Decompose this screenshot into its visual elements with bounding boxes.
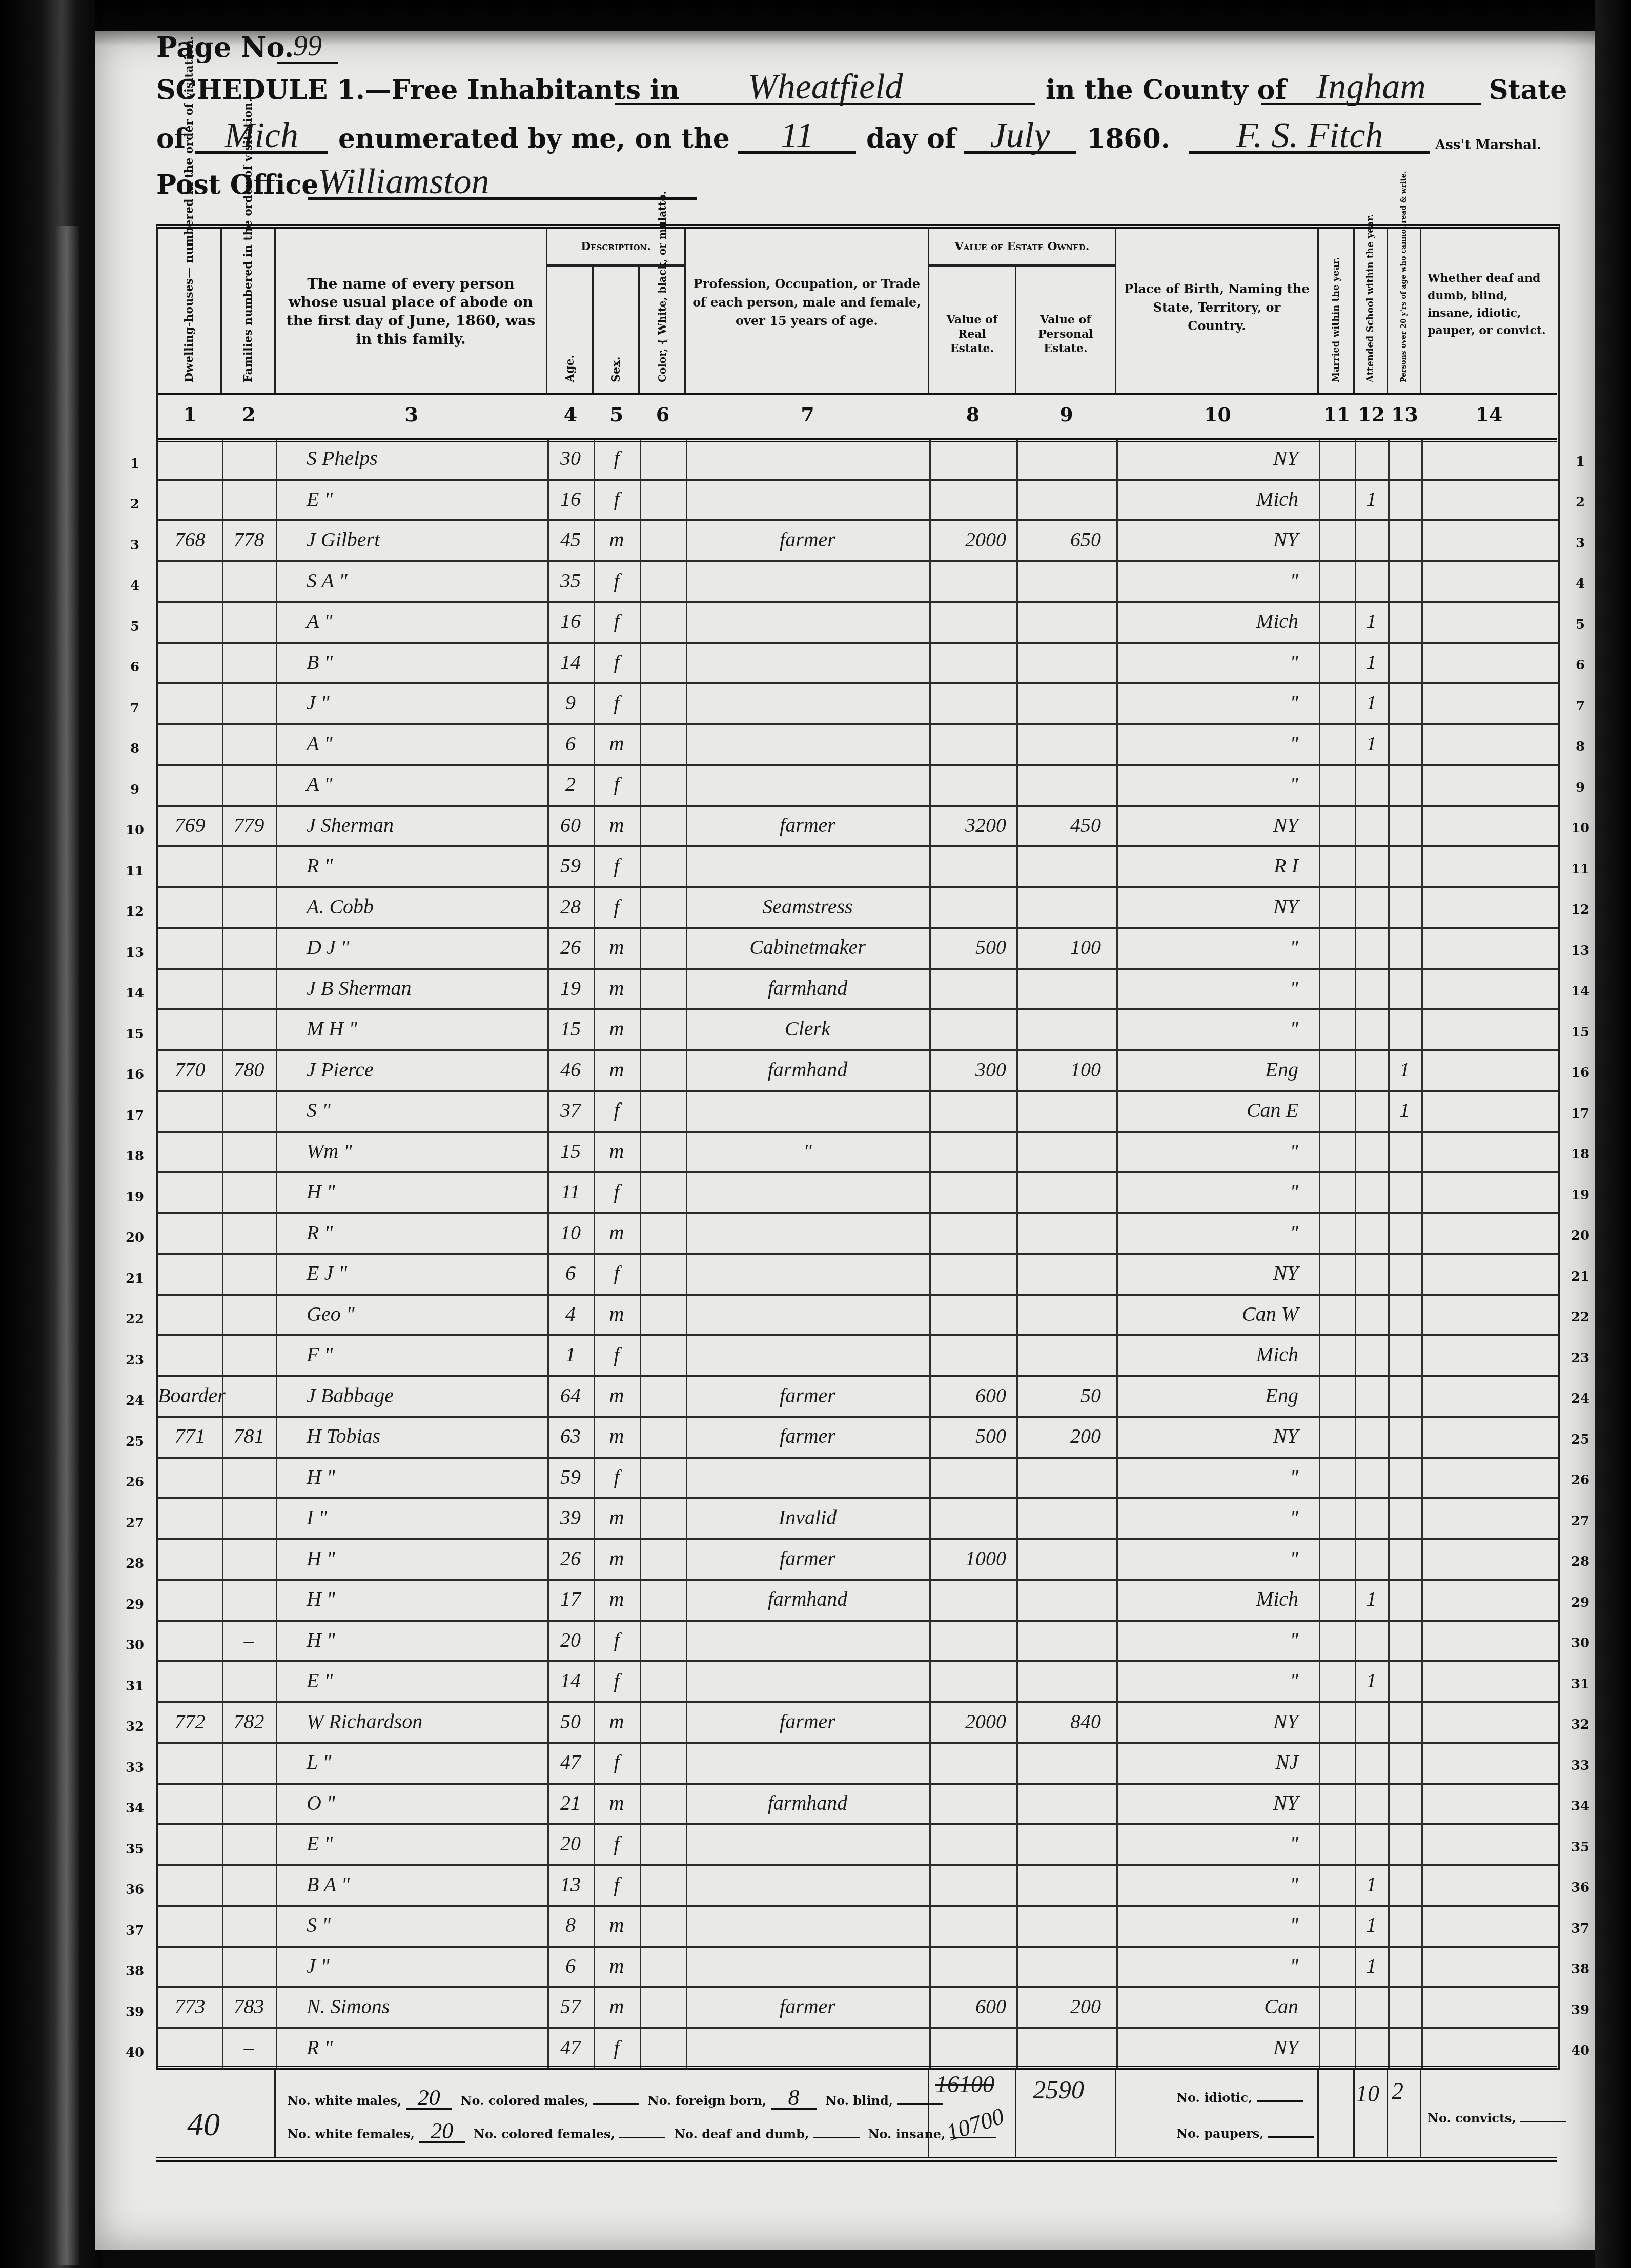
real-estate-value [929,481,1016,520]
family-number: – [222,1622,276,1661]
convicts-field: No. convicts, [1428,2111,1566,2126]
sex: m [594,1907,640,1946]
line-number-left: 4 [119,578,150,594]
col-header-name: The name of every person whose usual pla… [276,229,547,393]
occupation [686,481,929,520]
family-number [222,481,276,520]
cannot-read-write [1388,521,1421,560]
birthplace: Eng [1116,1051,1319,1090]
color [640,1785,686,1824]
personal-estate-value [1016,603,1116,642]
personal-estate-value [1016,1825,1116,1864]
disability [1421,847,1557,886]
col-num-10: 10 [1116,397,1319,433]
real-estate-value [929,847,1016,886]
attended-school [1355,929,1388,968]
color [640,766,686,805]
age: 47 [547,2029,594,2068]
color [640,440,686,479]
real-estate-value [929,1214,1016,1253]
illiterate-total: 2 [1392,2077,1403,2104]
sex: f [594,603,640,642]
page-label: Page No. [156,31,294,64]
disability [1421,1866,1557,1905]
personal-estate-value [1016,1092,1116,1131]
personal-estate-value [1016,481,1116,520]
real-estate-value [929,1785,1016,1824]
real-estate-value [929,888,1016,927]
attended-school: 1 [1355,644,1388,683]
real-estate-value [929,562,1016,601]
occupation [686,847,929,886]
age: 15 [547,1010,594,1049]
personal-estate-value [1016,644,1116,683]
township-field: Wheatfield [615,72,1035,105]
line-number-right: 2 [1565,495,1596,510]
dwelling-number [158,929,222,968]
line-number-right: 18 [1565,1147,1596,1162]
page-summary: 40 No. white males, 20 No. colored males… [156,2066,1557,2162]
age: 6 [547,1948,594,1987]
cannot-read-write [1388,1948,1421,1987]
cannot-read-write [1388,847,1421,886]
birthplace: " [1116,644,1319,683]
column-rule [1116,440,1118,2070]
family-number: 780 [222,1051,276,1090]
age: 19 [547,970,594,1009]
personal-estate-value [1016,847,1116,886]
line-number-right: 9 [1565,780,1596,795]
sex: m [594,807,640,846]
birthplace: " [1116,1948,1319,1987]
personal-estate-value: 840 [1016,1703,1116,1742]
dwelling-number [158,2029,222,2068]
table-row: 772782W Richardson50mfarmer2000840NY [158,1703,1558,1744]
age: 47 [547,1744,594,1783]
married-within-year [1319,1255,1355,1294]
line-number-right: 10 [1565,821,1596,836]
person-name: J Gilbert [276,521,547,560]
line-number-right: 25 [1565,1432,1596,1447]
personal-estate-value [1016,1296,1116,1335]
personal-estate-total: 2590 [1033,2075,1084,2104]
disability [1421,1948,1557,1987]
deaf-dumb-value [813,2137,860,2138]
line-number-right: 33 [1565,1758,1596,1773]
month-field: July [964,120,1076,154]
family-number [222,644,276,683]
dwelling-number [158,888,222,927]
real-estate-value [929,1499,1016,1538]
line-number-right: 17 [1565,1106,1596,1121]
column-rule [276,440,277,2070]
color [640,1092,686,1131]
colored-females-value [619,2137,665,2138]
color [640,603,686,642]
line-number-left: 26 [119,1475,150,1490]
disability [1421,970,1557,1009]
married-within-year [1319,1459,1355,1498]
line-number-left: 40 [119,2045,150,2060]
column-rule [594,440,595,2070]
married-within-year [1319,1336,1355,1375]
sex: m [594,1214,640,1253]
person-name: H Tobias [276,1418,547,1457]
occupation: farmer [686,521,929,560]
birthplace: Mich [1116,1581,1319,1620]
occupation: farmhand [686,1051,929,1090]
line-number-left: 11 [119,864,150,879]
color [640,1255,686,1294]
personal-estate-value [1016,766,1116,805]
dwelling-number [158,440,222,479]
birthplace: NY [1116,1255,1319,1294]
age: 15 [547,1133,594,1172]
cannot-read-write [1388,766,1421,805]
birthplace: " [1116,1622,1319,1661]
person-name: H " [276,1540,547,1579]
sex: f [594,1744,640,1783]
table-row: F "1fMich [158,1336,1558,1377]
line-number-left: 12 [119,904,150,920]
col-header-real-estate: Value of Real Estate. [929,267,1016,393]
total-persons: 40 [187,2106,220,2143]
disability [1421,929,1557,968]
col-num-2: 2 [222,397,276,433]
attended-school [1355,1255,1388,1294]
dwelling-number [158,1214,222,1253]
family-number [222,1499,276,1538]
birthplace: NJ [1116,1744,1319,1783]
birthplace: NY [1116,888,1319,927]
married-within-year [1319,847,1355,886]
age: 57 [547,1988,594,2027]
real-estate-value: 2000 [929,1703,1016,1742]
married-within-year [1319,1744,1355,1783]
sex: f [594,1336,640,1375]
age: 4 [547,1296,594,1335]
age: 30 [547,440,594,479]
cannot-read-write [1388,1255,1421,1294]
table-row: I "39mInvalid" [158,1499,1558,1540]
age: 35 [547,562,594,601]
person-name: E " [276,481,547,520]
age: 37 [547,1092,594,1131]
attended-school [1355,970,1388,1009]
real-estate-value: 600 [929,1377,1016,1416]
person-name: L " [276,1744,547,1783]
color [640,2029,686,2068]
dwelling-number [158,1499,222,1538]
personal-estate-value [1016,1866,1116,1905]
family-number: 783 [222,1988,276,2027]
disability [1421,1703,1557,1742]
age: 17 [547,1581,594,1620]
occupation [686,1092,929,1131]
family-number [222,1092,276,1131]
age: 21 [547,1785,594,1824]
occupation [686,562,929,601]
attended-school: 1 [1355,684,1388,723]
personal-estate-value: 50 [1016,1377,1116,1416]
sex: m [594,1010,640,1049]
dwelling-number [158,603,222,642]
real-estate-value [929,1459,1016,1498]
color [640,481,686,520]
personal-estate-value [1016,1459,1116,1498]
line-number-right: 19 [1565,1188,1596,1203]
cannot-read-write [1388,888,1421,927]
person-name: N. Simons [276,1988,547,2027]
family-number [222,1866,276,1905]
line-number-left: 2 [119,497,150,512]
married-within-year [1319,644,1355,683]
line-number-right: 13 [1565,943,1596,958]
line-number-right: 38 [1565,1961,1596,1977]
cannot-read-write [1388,970,1421,1009]
line-number-right: 30 [1565,1636,1596,1651]
summary-line-2: No. white females, 20 No. colored female… [287,2121,996,2143]
person-name: E " [276,1825,547,1864]
married-within-year [1319,1051,1355,1090]
sex: m [594,1133,640,1172]
personal-estate-value: 450 [1016,807,1116,846]
personal-estate-value [1016,1622,1116,1661]
cannot-read-write [1388,603,1421,642]
color [640,1948,686,1987]
enumerated-label: enumerated by me, on the [338,123,730,154]
age: 16 [547,603,594,642]
birthplace: Can W [1116,1296,1319,1335]
disability [1421,725,1557,764]
sex: m [594,1581,640,1620]
attended-school: 1 [1355,725,1388,764]
occupation: " [686,1133,929,1172]
line-number-left: 33 [119,1760,150,1775]
age: 50 [547,1703,594,1742]
disability [1421,562,1557,601]
sex: f [594,440,640,479]
married-within-year [1319,1499,1355,1538]
birthplace: R I [1116,847,1319,886]
person-name: R " [276,2029,547,2068]
personal-estate-value [1016,1581,1116,1620]
attended-school [1355,766,1388,805]
disability [1421,1622,1557,1661]
occupation: farmhand [686,1581,929,1620]
disability [1421,1010,1557,1049]
family-number [222,1010,276,1049]
real-estate-value [929,1296,1016,1335]
attended-school [1355,847,1388,886]
attended-school [1355,1133,1388,1172]
married-within-year [1319,481,1355,520]
color [640,929,686,968]
birthplace: NY [1116,807,1319,846]
attended-school: 1 [1355,603,1388,642]
family-number: 781 [222,1418,276,1457]
attended-school [1355,1540,1388,1579]
sex: f [594,481,640,520]
disability [1421,1907,1557,1946]
real-estate-value [929,1907,1016,1946]
occupation [686,440,929,479]
line-number-right: 31 [1565,1677,1596,1692]
attended-school [1355,1336,1388,1375]
disability [1421,1418,1557,1457]
line-number-left: 3 [119,538,150,553]
school-total: 10 [1356,2080,1379,2107]
dwelling-number [158,1825,222,1864]
table-body: S Phelps30fNY11E "16fMich122768778J Gilb… [158,440,1557,1496]
sex: m [594,725,640,764]
attended-school [1355,440,1388,479]
line-number-right: 3 [1565,536,1596,551]
cannot-read-write [1388,1296,1421,1335]
married-within-year [1319,1907,1355,1946]
sex: m [594,1948,640,1987]
personal-estate-value [1016,1499,1116,1538]
attended-school: 1 [1355,1866,1388,1905]
col-header-married: Married within the year. [1319,229,1355,393]
post-office-label: Post Office [156,169,318,200]
sex: f [594,888,640,927]
color [640,1173,686,1212]
age: 39 [547,1499,594,1538]
person-name: Geo " [276,1296,547,1335]
line-number-right: 23 [1565,1351,1596,1366]
sex: m [594,929,640,968]
table-row: M H "15mClerk" [158,1010,1558,1051]
dwelling-number [158,1255,222,1294]
real-estate-value [929,1948,1016,1987]
attended-school: 1 [1355,481,1388,520]
attended-school [1355,1296,1388,1335]
page-number: 99 [277,31,338,64]
attended-school [1355,1051,1388,1090]
personal-estate-value: 100 [1016,1051,1116,1090]
dwelling-number [158,1540,222,1579]
sex: f [594,562,640,601]
county-field: Ingham [1261,72,1481,105]
birthplace: " [1116,1133,1319,1172]
occupation: Clerk [686,1010,929,1049]
personal-estate-value [1016,1214,1116,1253]
dwelling-number [158,1866,222,1905]
attended-school: 1 [1355,1581,1388,1620]
married-within-year [1319,1866,1355,1905]
col-num-7: 7 [686,397,929,433]
occupation [686,2029,929,2068]
cannot-read-write: 1 [1388,1051,1421,1090]
color [640,1988,686,2027]
cannot-read-write [1388,1499,1421,1538]
occupation: farmer [686,807,929,846]
line-number-left: 36 [119,1882,150,1897]
married-within-year [1319,1581,1355,1620]
occupation: farmer [686,1988,929,2027]
family-number [222,766,276,805]
table-row: 769779J Sherman60mfarmer3200450NY [158,807,1558,848]
line-number-left: 7 [119,701,150,716]
married-within-year [1319,1662,1355,1701]
sex: f [594,847,640,886]
married-within-year [1319,1418,1355,1457]
occupation: farmhand [686,970,929,1009]
line-number-right: 26 [1565,1473,1596,1488]
color [640,847,686,886]
personal-estate-value [1016,888,1116,927]
real-estate-value [929,1744,1016,1783]
cannot-read-write [1388,1581,1421,1620]
person-name: M H " [276,1010,547,1049]
disability [1421,521,1557,560]
table-row: H "17mfarmhandMich1 [158,1581,1558,1622]
person-name: E " [276,1662,547,1701]
col-num-3: 3 [276,397,547,433]
cannot-read-write [1388,440,1421,479]
dwelling-number [158,970,222,1009]
dwelling-number [158,684,222,723]
married-within-year [1319,970,1355,1009]
dwelling-number: 768 [158,521,222,560]
real-estate-total-struck: 16100 [935,2071,994,2098]
disability [1421,1133,1557,1172]
attended-school [1355,1092,1388,1131]
personal-estate-value [1016,1133,1116,1172]
occupation [686,1296,929,1335]
family-number [222,1825,276,1864]
real-estate-value: 2000 [929,521,1016,560]
person-name: J Babbage [276,1377,547,1416]
cannot-read-write [1388,2029,1421,2068]
line-number-right: 29 [1565,1595,1596,1610]
table-row: B A "13f"1 [158,1866,1558,1907]
personal-estate-value [1016,1540,1116,1579]
age: 1 [547,1336,594,1375]
col-num-8: 8 [929,397,1016,433]
real-estate-value [929,2029,1016,2068]
birthplace: " [1116,1173,1319,1212]
dwelling-number [158,1662,222,1701]
family-number [222,725,276,764]
color [640,1418,686,1457]
col-header-sex: Sex. [594,267,640,393]
real-estate-value [929,1622,1016,1661]
disability [1421,2029,1557,2068]
occupation [686,1907,929,1946]
table-row: –H "20f" [158,1622,1558,1663]
family-number: 779 [222,807,276,846]
line-number-left: 27 [119,1516,150,1531]
family-number [222,1377,276,1416]
line-number-left: 1 [119,456,150,472]
personal-estate-value: 650 [1016,521,1116,560]
disability [1421,1051,1557,1090]
real-estate-value: 500 [929,929,1016,968]
cannot-read-write [1388,725,1421,764]
attended-school: 1 [1355,1948,1388,1987]
color [640,888,686,927]
personal-estate-value [1016,562,1116,601]
sex: m [594,1540,640,1579]
cannot-read-write [1388,1988,1421,2027]
column-rule [1421,440,1423,2070]
cannot-read-write [1388,684,1421,723]
column-rule [547,440,549,2070]
person-name: S " [276,1907,547,1946]
census-table: Dwelling-houses— numbered in the order o… [156,224,1560,2070]
